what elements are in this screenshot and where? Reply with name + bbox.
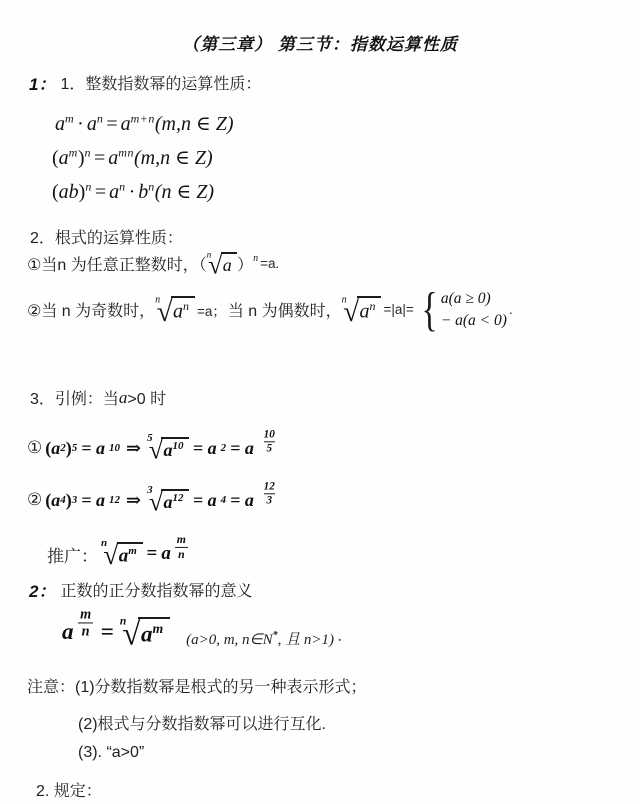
example2-row: ② (a4)3 = a12 ⇒ 3√a12 = a4 = a 123 — [27, 487, 278, 514]
dot-operator: · — [126, 181, 139, 203]
exponent: m+n — [131, 111, 155, 125]
radical-sign-icon: √ — [157, 302, 173, 323]
radical-sign-icon: √ — [208, 257, 222, 276]
var: ab — [59, 181, 79, 203]
fractional-exponent-definition: a mn = n√am (a>0, m, n∈N*, 且 n>1) . — [62, 615, 342, 649]
formula-product-of-powers: am·an=am+n(m,n ∈ Z) — [55, 111, 234, 136]
radicand-exponent: 12 — [172, 492, 183, 504]
note-line1: 注意：(1)分数指数幂是根式的另一种表示形式； — [27, 674, 367, 697]
var: a — [51, 438, 60, 459]
circled-one: ① — [27, 438, 42, 458]
section4-number: 2： — [29, 577, 55, 602]
circled-two: ② — [27, 490, 42, 510]
fraction-exponent: 123 — [261, 480, 278, 507]
domain-note: (m,n ∈ Z) — [134, 147, 213, 169]
radicand: a — [359, 301, 369, 323]
formula-power-of-product: (ab)n=an·bn(n ∈ Z) — [52, 179, 214, 204]
numerator: 12 — [261, 480, 278, 493]
result-text: =a. — [258, 256, 281, 271]
dot-operator: · — [74, 113, 87, 135]
case-nonnegative: a(a ≥ 0) — [441, 290, 507, 308]
var: a — [161, 543, 171, 565]
radical-sign-icon: √ — [149, 441, 163, 460]
domain-note: (m,n ∈ Z) — [155, 113, 234, 135]
var: a — [108, 147, 118, 169]
radicand-exponent: m — [128, 545, 137, 557]
fraction-exponent: mn — [77, 606, 95, 640]
implies-arrow-icon: ⇒ — [120, 438, 147, 459]
radical-expression: 5√a10 — [147, 437, 189, 460]
denominator: 5 — [264, 441, 275, 455]
var: a — [109, 181, 119, 203]
section4-heading: 正数的正分数指数幂的意义 — [60, 578, 252, 601]
equals: = — [103, 113, 120, 135]
fraction-exponent: mn — [174, 533, 189, 561]
section1-number: 1： — [29, 70, 55, 95]
var: a — [119, 388, 128, 408]
section4-heading-row: 2： 正数的正分数指数幂的意义 — [29, 577, 252, 602]
radicand: a — [223, 255, 232, 275]
item1-text: ①当n 为任意正整数时，（ — [27, 252, 207, 275]
denominator: n — [78, 623, 93, 640]
section2-item2: ②当 n 为奇数时， n√an =a； 当 n 为偶数时， n√an =|a|=… — [27, 290, 515, 330]
numerator: m — [77, 606, 95, 622]
radical-sign-icon: √ — [343, 302, 359, 323]
radical-expression: n√an — [155, 296, 195, 323]
radical-sign-icon: √ — [103, 545, 118, 565]
section2-heading: 2．根式的运算性质： — [30, 225, 183, 248]
equals-a: = a — [226, 490, 258, 511]
exponent: mn — [118, 145, 134, 159]
equals-a: = a — [77, 438, 109, 459]
condition-pre: (a>0, m, n∈N — [186, 632, 273, 648]
paren: ( — [52, 147, 59, 169]
radical-expression: n√a — [207, 252, 237, 275]
section2-item1: ①当n 为任意正整数时，（ n√a ） n =a. — [27, 252, 281, 275]
page-title: （第三章） 第三节：指数运算性质 — [0, 30, 640, 55]
equals-a: = a — [226, 438, 258, 459]
var: a — [87, 113, 97, 135]
radicand-exponent: n — [183, 299, 189, 313]
section1-heading-row: 1： 1．整数指数幂的运算性质： — [29, 70, 261, 95]
item2-text-even: 当 n 为偶数时， — [228, 298, 342, 321]
paren: ( — [52, 181, 59, 203]
radical-sign-icon: √ — [122, 623, 140, 647]
case-negative: − a(a < 0) — [441, 312, 507, 330]
example1-row: ① (a2)5 = a10 ⇒ 5√a10 = a2 = a 105 — [27, 435, 278, 462]
numerator: 10 — [261, 428, 278, 441]
radical-expression: n√am — [120, 617, 170, 646]
section3-heading-post: >0 时 — [127, 386, 166, 409]
equals-a: = a — [189, 438, 221, 459]
radicand: a — [173, 301, 183, 323]
equals: = — [143, 543, 162, 565]
condition-note: (a>0, m, n∈N*, 且 n>1) — [186, 628, 334, 649]
var: a — [121, 113, 131, 135]
radicand-exponent: n — [369, 299, 375, 313]
generalization-label: 推广： — [47, 542, 98, 567]
period: . — [338, 630, 342, 646]
radical-expression: n√an — [342, 296, 382, 323]
radicand-exponent: 10 — [172, 440, 183, 452]
brace-icon: { — [421, 291, 437, 329]
exponent: m — [69, 145, 78, 159]
radical-expression: n√am — [101, 542, 143, 566]
exponent: 12 — [109, 494, 120, 506]
formula-power-of-power: (am)n=amn(m,n ∈ Z) — [52, 145, 213, 170]
item2-text-odd: ②当 n 为奇数时， — [27, 298, 155, 321]
domain-note: (n ∈ Z) — [155, 181, 214, 203]
note-line2: (2)根式与分数指数幂可以进行互化. — [78, 711, 326, 734]
radicand: a — [119, 545, 129, 566]
var: a — [62, 619, 74, 645]
exponent: n — [85, 179, 92, 193]
paren: ) — [78, 147, 85, 169]
result-odd: =a； — [195, 300, 228, 320]
equals-a: = a — [189, 490, 221, 511]
period: . — [507, 302, 515, 317]
implies-arrow-icon: ⇒ — [120, 490, 147, 511]
exponent: 10 — [109, 442, 120, 454]
var: a — [51, 490, 60, 511]
numerator: m — [174, 533, 189, 547]
piecewise-cases: { a(a ≥ 0) − a(a < 0) — [418, 290, 507, 330]
var: a — [59, 147, 69, 169]
equals-a: = a — [77, 490, 109, 511]
var: b — [138, 181, 148, 203]
radicand: a — [141, 621, 153, 646]
condition-post: , 且 n>1) — [278, 632, 334, 648]
equals: = — [95, 619, 120, 645]
note-line4: 2. 规定： — [36, 778, 102, 801]
exponent: n — [119, 179, 126, 193]
section1-heading: 1．整数指数幂的运算性质： — [60, 71, 261, 94]
denominator: n — [175, 546, 187, 561]
equals: = — [91, 147, 108, 169]
generalization-row: 推广： n√am = a mn — [47, 540, 189, 568]
outer-exponent: n — [253, 253, 258, 264]
document-page: （第三章） 第三节：指数运算性质 1： 1．整数指数幂的运算性质： am·an=… — [0, 0, 640, 804]
exponent: m — [65, 111, 74, 125]
radical-sign-icon: √ — [149, 493, 163, 512]
close-paren: ） — [237, 252, 253, 275]
var: a — [55, 113, 65, 135]
fraction-exponent: 105 — [261, 428, 278, 455]
radicand-exponent: m — [152, 621, 163, 636]
radical-expression: 3√a12 — [147, 489, 189, 512]
denominator: 3 — [264, 493, 275, 507]
equals: = — [92, 181, 109, 203]
section3-heading-pre: 3．引例：当 — [30, 386, 119, 409]
section3-heading-row: 3．引例：当 a >0 时 — [30, 386, 166, 409]
note-line3: (3). “a>0” — [78, 744, 144, 762]
abs-value-equals: =|a|= — [381, 302, 415, 317]
